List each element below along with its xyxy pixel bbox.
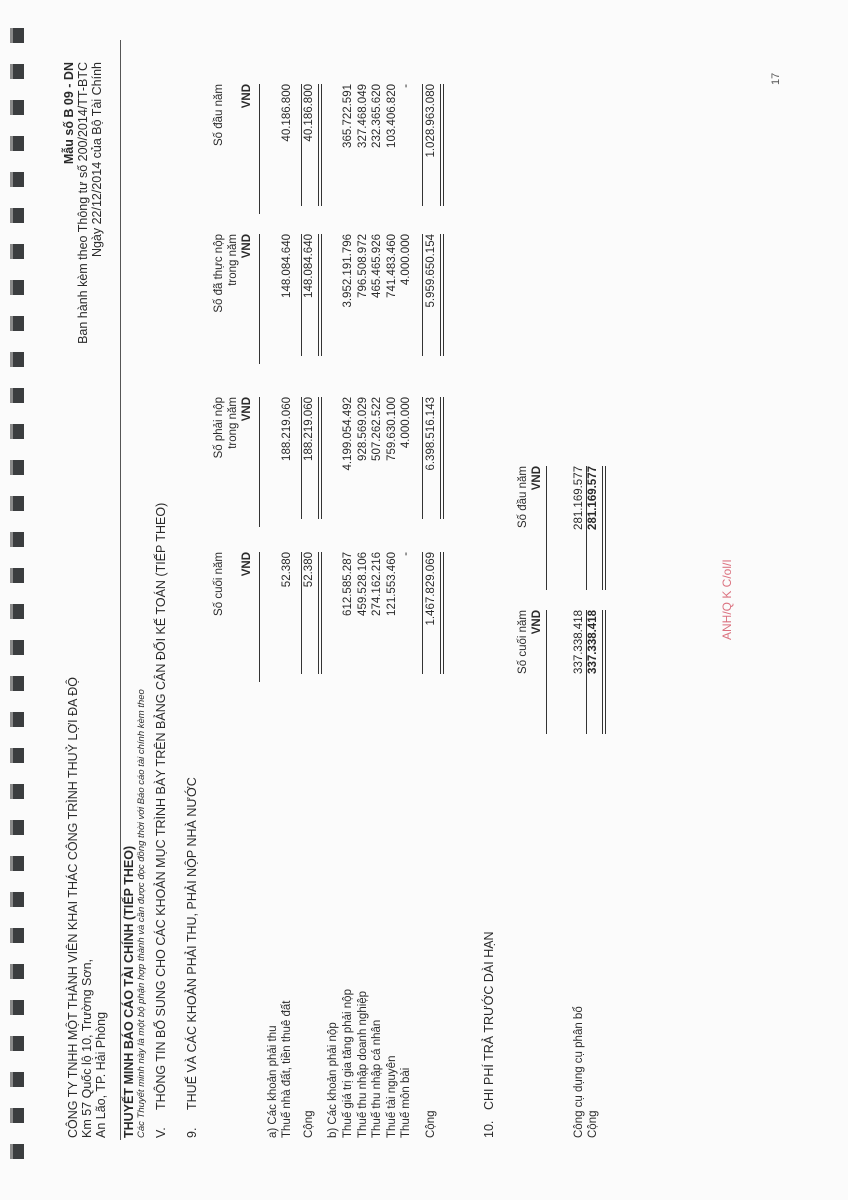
table-row-label: Thuế thu nhập cá nhân xyxy=(371,1020,383,1138)
double-underline xyxy=(318,234,322,356)
note9-number: 9. xyxy=(185,1128,199,1138)
table-row-value: 121.553.460 xyxy=(386,552,398,682)
subtotal-rule xyxy=(422,234,423,356)
subtotal-rule xyxy=(301,234,302,356)
table-row-value: 103.406.820 xyxy=(386,84,398,214)
column-unit: VND xyxy=(240,84,254,214)
column-header: Số đầu năm VND xyxy=(212,84,254,214)
table-row-value: 40.186.800 xyxy=(281,84,293,214)
subtotal-rule xyxy=(301,552,302,674)
column-label: Số đã thực nộp xyxy=(212,234,226,364)
table-row-value: 337.338.418 xyxy=(573,610,585,740)
table-row-label: Công cụ dụng cụ phân bổ xyxy=(573,1006,585,1138)
table-row-label: Thuế tài nguyên xyxy=(386,1056,398,1138)
column-header: Số cuối nămVND xyxy=(516,610,544,740)
header-underline xyxy=(259,234,260,364)
double-underline xyxy=(440,84,444,206)
column-unit: VND xyxy=(240,234,254,364)
total-row-value: 52.380 xyxy=(303,552,315,682)
total-row-label: Cộng xyxy=(303,1111,315,1139)
document-page: CÔNG TY TNHH MỘT THÀNH VIÊN KHAI THÁC CÔ… xyxy=(0,0,848,1200)
double-underline xyxy=(440,397,444,519)
double-underline xyxy=(602,610,606,734)
total-row-value: 5.959.650.154 xyxy=(425,234,437,364)
total-row-value: 148.084.640 xyxy=(303,234,315,364)
column-label: Số phải nộp xyxy=(212,397,226,527)
header-underline xyxy=(546,466,547,590)
double-underline xyxy=(440,552,444,674)
note10-title: CHI PHÍ TRẢ TRƯỚC DÀI HẠN xyxy=(482,931,496,1110)
column-label: Số đầu năm xyxy=(516,466,530,596)
part-a-heading-label: a) Các khoản phải thu xyxy=(267,1025,279,1138)
part-b-heading-label: b) Các khoản phải nộp xyxy=(327,1022,339,1138)
doc-subtitle: Các Thuyết minh này là một bộ phận hợp t… xyxy=(136,689,147,1138)
table-row-value: 188.219.060 xyxy=(281,397,293,527)
double-underline xyxy=(318,84,322,206)
table-row-value: 274.162.216 xyxy=(371,552,383,682)
subtotal-rule xyxy=(422,552,423,674)
company-address-1: Km 57 Quốc lộ 10, Trường Sơn, xyxy=(80,677,94,1138)
red-stamp-mark: ANH/Q K C/ol/I xyxy=(720,559,734,640)
double-underline xyxy=(318,397,322,519)
form-reference: Mẫu số B 09 - DN Ban hành kèm theo Thông… xyxy=(62,62,104,344)
form-issued: Ban hành kèm theo Thông tư số 200/2014/T… xyxy=(76,62,90,344)
table-row-label: Thuế môn bài xyxy=(400,1068,412,1138)
page-number: 17 xyxy=(770,73,782,85)
total-row-value: 40.186.800 xyxy=(303,84,315,214)
header-underline xyxy=(546,610,547,734)
total-row-value: 1.028.963.080 xyxy=(425,84,437,214)
column-label: Số cuối năm xyxy=(516,610,530,740)
column-label: trong năm xyxy=(226,397,240,527)
table-row-value: 148.084.640 xyxy=(281,234,293,364)
subtotal-rule xyxy=(301,84,302,206)
section-number: V. xyxy=(154,1127,168,1138)
company-name: CÔNG TY TNHH MỘT THÀNH VIÊN KHAI THÁC CÔ… xyxy=(66,677,80,1138)
column-unit: VND xyxy=(240,552,254,682)
total-row-value: 1.467.829.069 xyxy=(425,552,437,682)
table-row-value: 52.380 xyxy=(281,552,293,682)
total-row-label: Cộng xyxy=(425,1111,437,1139)
column-label: Số đầu năm xyxy=(212,84,226,214)
column-label: trong năm xyxy=(226,234,240,364)
table-row-value: 459.528.106 xyxy=(357,552,369,682)
column-header: Số đã thực nộptrong nămVND xyxy=(212,234,254,364)
double-underline xyxy=(440,234,444,356)
total-row-label: Cộng xyxy=(587,1111,599,1139)
column-label xyxy=(226,84,240,214)
total-row-value: 6.398.516.143 xyxy=(425,397,437,527)
table-row-value: 759.630.100 xyxy=(386,397,398,527)
header-divider xyxy=(120,40,121,1140)
double-underline xyxy=(602,466,606,590)
column-unit: VND xyxy=(530,466,544,596)
note9-title: THUẾ VÀ CÁC KHOẢN PHẢI THU, PHẢI NỘP NHÀ… xyxy=(185,777,199,1110)
header-underline xyxy=(259,84,260,214)
header-underline xyxy=(259,397,260,527)
table-row-value: 612.585.287 xyxy=(342,552,354,682)
company-block: CÔNG TY TNHH MỘT THÀNH VIÊN KHAI THÁC CÔ… xyxy=(66,677,108,1138)
table-row-value: 796.508.972 xyxy=(357,234,369,364)
table-row-label: Thuế nhà đất, tiền thuê đất xyxy=(281,1001,293,1138)
subtotal-rule xyxy=(422,84,423,206)
column-header: Số phải nộptrong nămVND xyxy=(212,397,254,527)
form-code: Mẫu số B 09 - DN xyxy=(62,62,76,344)
column-unit: VND xyxy=(530,610,544,740)
column-header: Số đầu nămVND xyxy=(516,466,544,596)
table-row-value: 465.465.926 xyxy=(371,234,383,364)
doc-title: THUYẾT MINH BÁO CÁO TÀI CHÍNH (TIẾP THEO… xyxy=(122,846,136,1138)
header-underline xyxy=(259,552,260,682)
table-row-value: 4.000.000 xyxy=(400,397,412,527)
section-title: THÔNG TIN BỔ SUNG CHO CÁC KHOẢN MỤC TRÌN… xyxy=(154,503,168,1110)
subtotal-rule xyxy=(422,397,423,519)
total-row-value: 281.169.577 xyxy=(587,466,599,596)
note10-number: 10. xyxy=(482,1121,496,1138)
total-row-value: 337.338.418 xyxy=(587,610,599,740)
table-row-value: - xyxy=(400,84,412,214)
table-row-label: Thuế thu nhập doanh nghiệp xyxy=(357,991,369,1138)
subtotal-rule xyxy=(301,397,302,519)
column-header: Số cuối năm VND xyxy=(212,552,254,682)
company-address-2: An Lão, TP. Hải Phòng xyxy=(94,677,108,1138)
form-date: Ngày 22/12/2014 của Bộ Tài Chính xyxy=(90,62,104,344)
column-label xyxy=(226,552,240,682)
table-row-value: 327.468.049 xyxy=(357,84,369,214)
double-underline xyxy=(318,552,322,674)
column-label: Số cuối năm xyxy=(212,552,226,682)
table-row-value: 4.000.000 xyxy=(400,234,412,364)
table-row-value: 3.952.191.796 xyxy=(342,234,354,364)
table-row-value: 365.722.591 xyxy=(342,84,354,214)
column-unit: VND xyxy=(240,397,254,527)
table-row-value: 507.262.522 xyxy=(371,397,383,527)
table-row-value: - xyxy=(400,552,412,682)
table-row-value: 928.569.029 xyxy=(357,397,369,527)
total-row-value: 188.219.060 xyxy=(303,397,315,527)
table-row-value: 281.169.577 xyxy=(573,466,585,596)
table-row-label: Thuế giá trị gia tăng phải nộp xyxy=(342,989,354,1138)
table-row-value: 232.365.620 xyxy=(371,84,383,214)
table-row-value: 741.483.460 xyxy=(386,234,398,364)
table-row-value: 4.199.054.492 xyxy=(342,397,354,527)
